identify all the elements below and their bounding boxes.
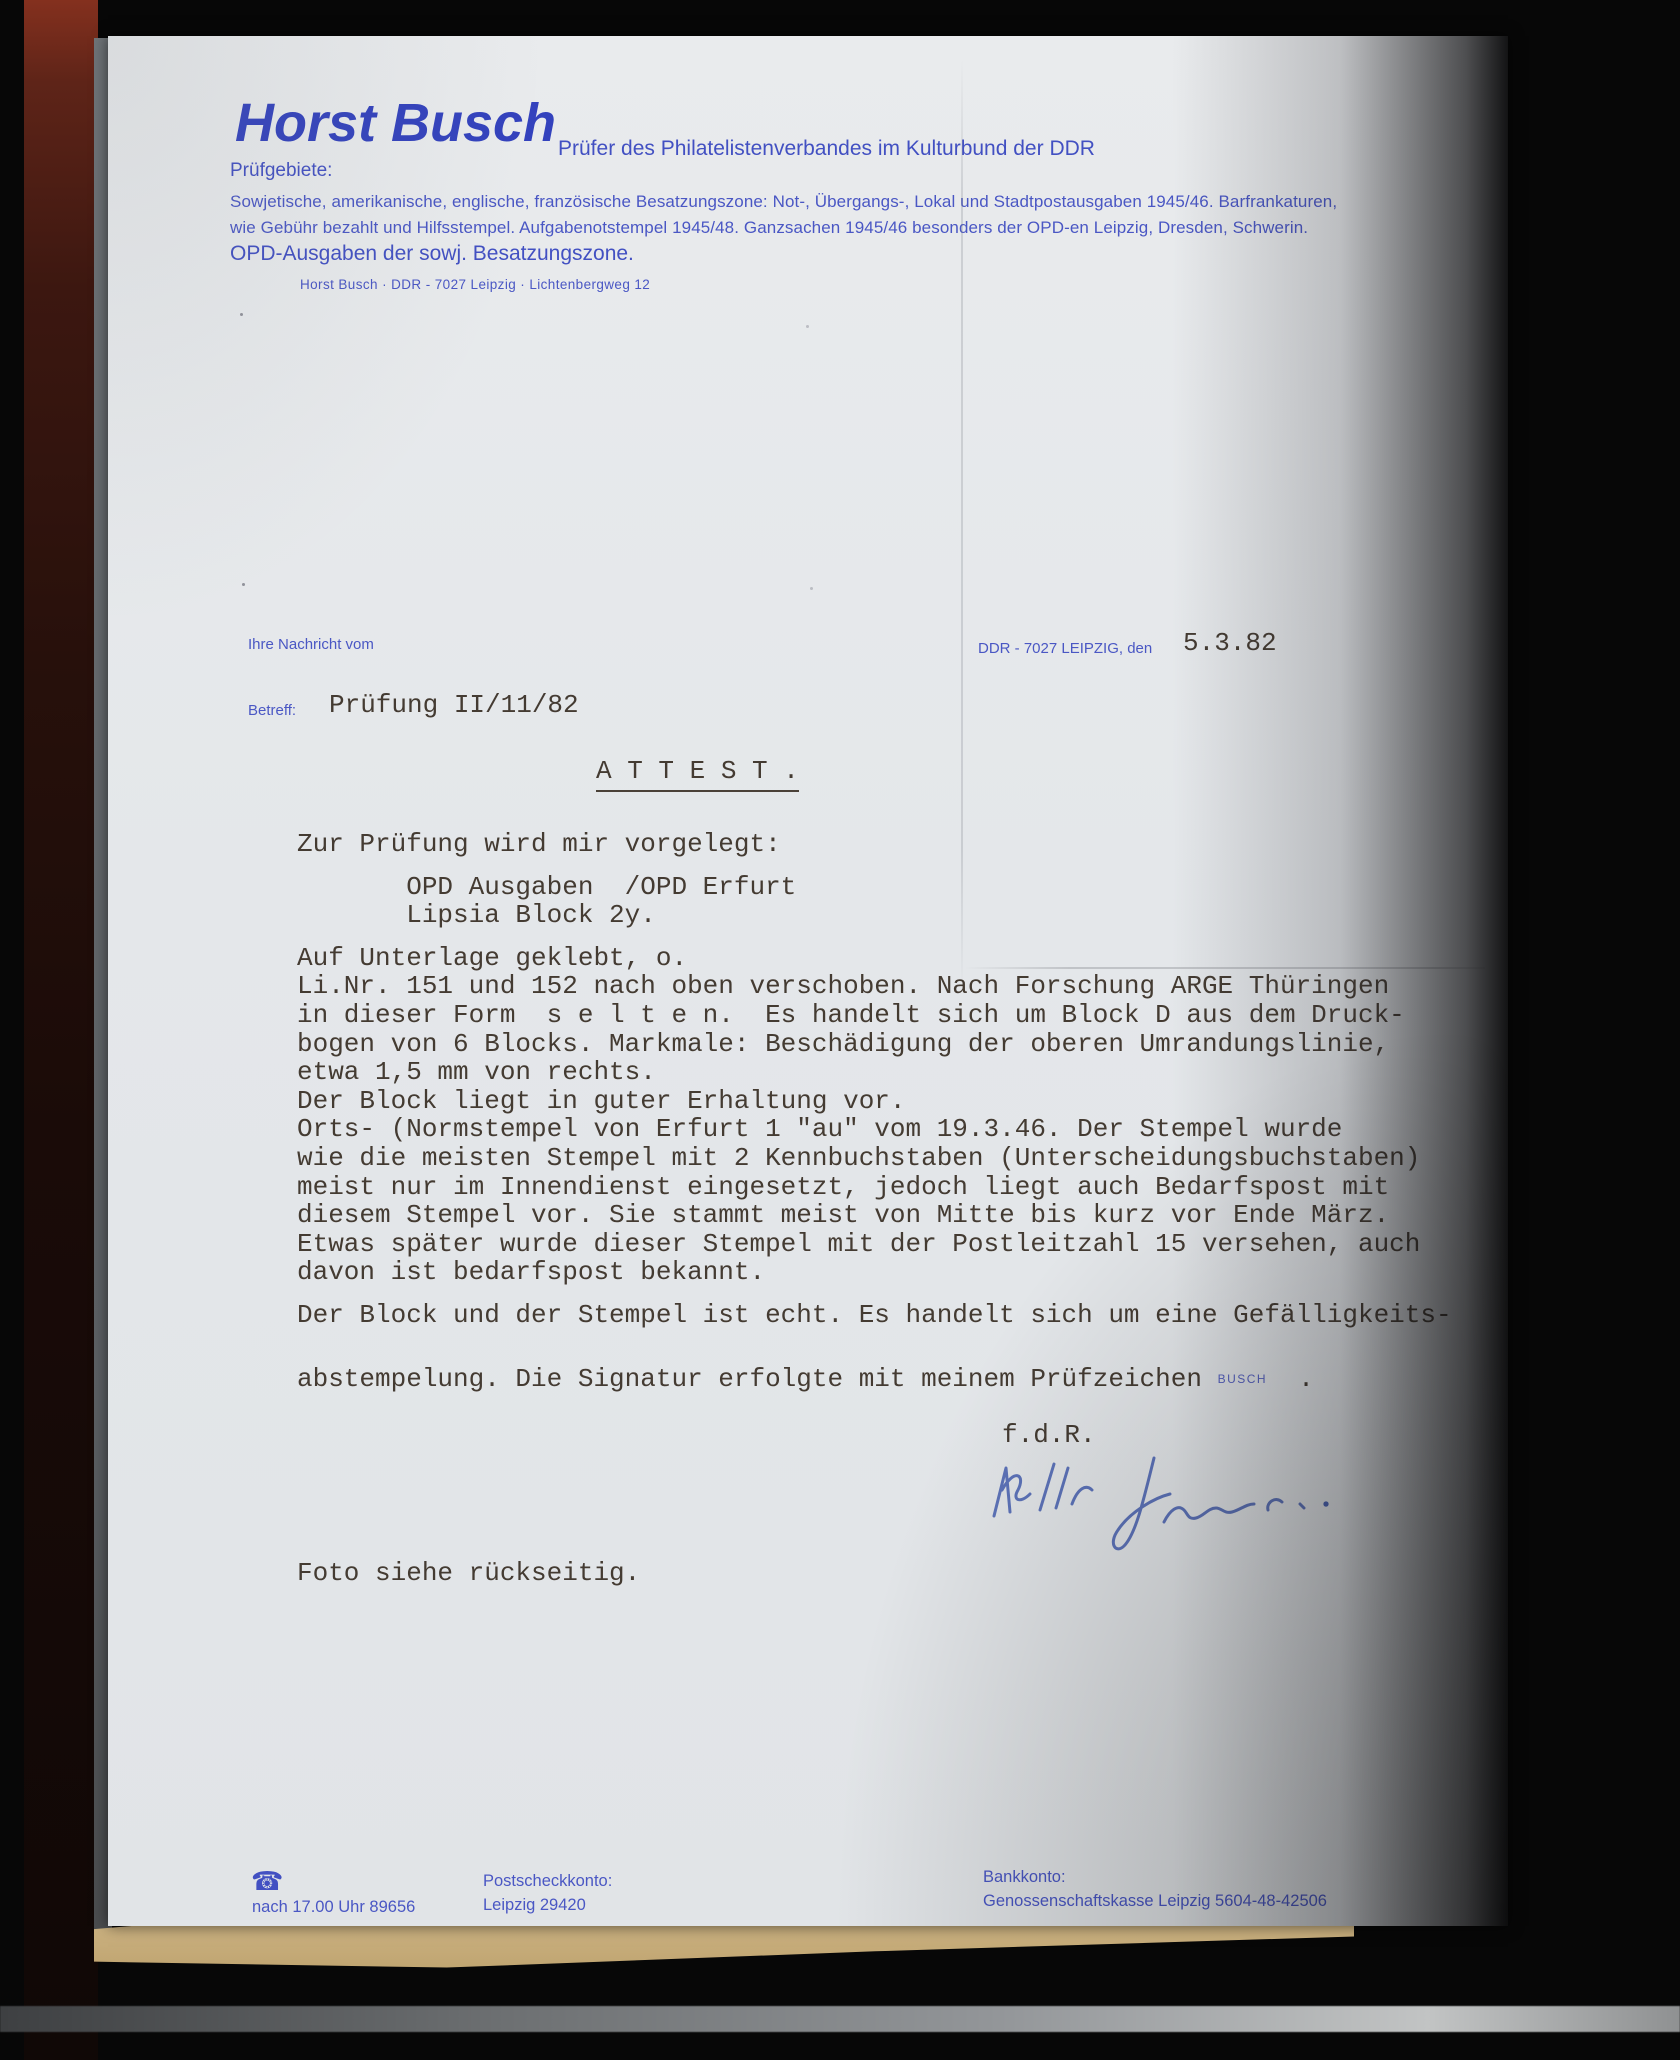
attest-heading: A T T E S T . [596,756,799,792]
bottom-frame-band [0,2006,1680,2032]
footer-phone: nach 17.00 Uhr 89656 [252,1898,415,1917]
attest-paragraph-gap [297,930,1452,944]
photo-note: Foto siehe rückseitig. [297,1558,640,1588]
vertical-fold-crease [961,60,963,990]
final-line-period: . [1267,1364,1314,1394]
attest-paragraph-gap [297,1287,1452,1301]
bank-account-value: Genossenschaftskasse Leipzig 5604-48-425… [983,1892,1327,1911]
attest-line: Orts- (Normstempel von Erfurt 1 "au" vom… [297,1115,1452,1144]
photo-of-letter: Horst Busch Prüfer des Philatelistenverb… [0,0,1680,2060]
letterhead-areas-line2: wie Gebühr bezahlt und Hilfsstempel. Auf… [230,218,1430,238]
dark-frame-left [24,0,98,2060]
fold-mark-dot [806,325,809,328]
fold-mark-dot [240,313,243,316]
attest-line: Der Block liegt in guter Erhaltung vor. [297,1087,1452,1116]
letter-sheet: Horst Busch Prüfer des Philatelistenverb… [108,36,1508,1926]
letterhead-areas-line3: OPD-Ausgaben der sowj. Besatzungszone. [230,242,634,266]
handwritten-signature [978,1436,1358,1571]
busch-examiner-stamp: BUSCH [1218,1372,1268,1386]
letterhead-title: Prüfer des Philatelistenverbandes im Kul… [558,137,1095,161]
attest-line: diesem Stempel vor. Sie stammt meist von… [297,1201,1452,1230]
attest-line: etwa 1,5 mm von rechts. [297,1058,1452,1087]
fold-mark-dot [810,587,813,590]
telephone-icon: ☎ [251,1868,283,1894]
attest-line: Etwas später wurde dieser Stempel mit de… [297,1230,1452,1259]
typed-subject: Prüfung II/11/82 [329,690,579,720]
letterhead-address: Horst Busch · DDR - 7027 Leipzig · Licht… [300,277,650,292]
attest-line: Zur Prüfung wird mir vorgelegt: [297,830,1452,859]
attest-line: in dieser Form s e l t e n. Es handelt s… [297,1001,1452,1030]
attest-line: Lipsia Block 2y. [297,901,1452,930]
fold-mark-dot [242,583,245,586]
attest-line: OPD Ausgaben /OPD Erfurt [297,873,1452,902]
attest-line: meist nur im Innendienst eingesetzt, jed… [297,1173,1452,1202]
letterhead-areas-line1: Sowjetische, amerikanische, englische, f… [230,192,1430,212]
typed-date: 5.3.82 [1183,628,1277,658]
attest-paragraph-gap [297,859,1452,873]
final-line-text: abstempelung. Die Signatur erfolgte mit … [297,1364,1218,1394]
attest-final-line: abstempelung. Die Signatur erfolgte mit … [297,1364,1314,1394]
horizontal-fold-crease [965,967,1485,969]
letterhead-areas-label: Prüfgebiete: [230,160,332,182]
postal-account-value: Leipzig 29420 [483,1896,586,1915]
attest-body: Zur Prüfung wird mir vorgelegt: OPD Ausg… [297,830,1452,1330]
bank-account-label: Bankkonto: [983,1868,1066,1887]
attest-line: wie die meisten Stempel mit 2 Kennbuchst… [297,1144,1452,1173]
attest-line: davon ist bedarfspost bekannt. [297,1258,1452,1287]
attest-line: Li.Nr. 151 und 152 nach oben verschoben.… [297,972,1452,1001]
place-date-label: DDR - 7027 LEIPZIG, den [978,640,1152,657]
your-message-label: Ihre Nachricht vom [248,636,374,653]
postal-account-label: Postscheckkonto: [483,1872,612,1891]
subject-label: Betreff: [248,702,296,719]
attest-line: Der Block und der Stempel ist echt. Es h… [297,1301,1452,1330]
attest-line: bogen von 6 Blocks. Markmale: Beschädigu… [297,1030,1452,1059]
letterhead-name: Horst Busch [235,92,556,154]
